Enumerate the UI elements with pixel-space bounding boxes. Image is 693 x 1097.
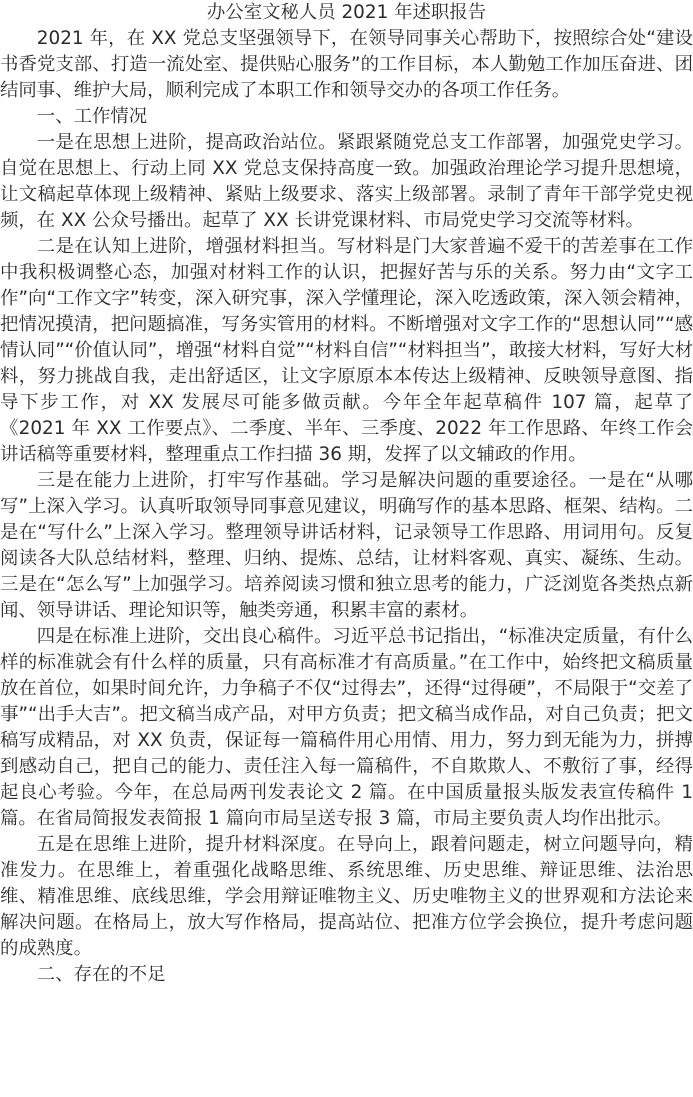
paragraph-thinking: 一是在思想上进阶，提高政治站位。紧跟紧随党总支工作部署，加强党史学习。自觉在思想… [0,130,693,234]
paragraph-cognition: 二是在认知上进阶，增强材料担当。写材料是门大家普遍不爱干的苦差事在工作中我积极调… [0,234,693,468]
document-title: 办公室文秘人员 2021 年述职报告 [0,0,693,26]
section-heading-work-status: 一、工作情况 [0,104,693,130]
paragraph-ability: 三是在能力上进阶，打牢写作基础。学习是解决问题的重要途径。一是在“从哪写”上深入… [0,468,693,624]
intro-paragraph: 2021 年，在 XX 党总支坚强领导下，在领导同事关心帮助下，按照综合处“建设… [0,26,693,104]
document-page: 办公室文秘人员 2021 年述职报告 2021 年，在 XX 党总支坚强领导下，… [0,0,693,988]
paragraph-mindset: 五是在思维上进阶，提升材料深度。在导向上，跟着问题走，树立问题导向，精准发力。在… [0,832,693,962]
section-heading-shortcomings: 二、存在的不足 [0,962,693,988]
paragraph-standard: 四是在标准上进阶，交出良心稿件。习近平总书记指出，“标准决定质量，有什么样的标准… [0,624,693,832]
